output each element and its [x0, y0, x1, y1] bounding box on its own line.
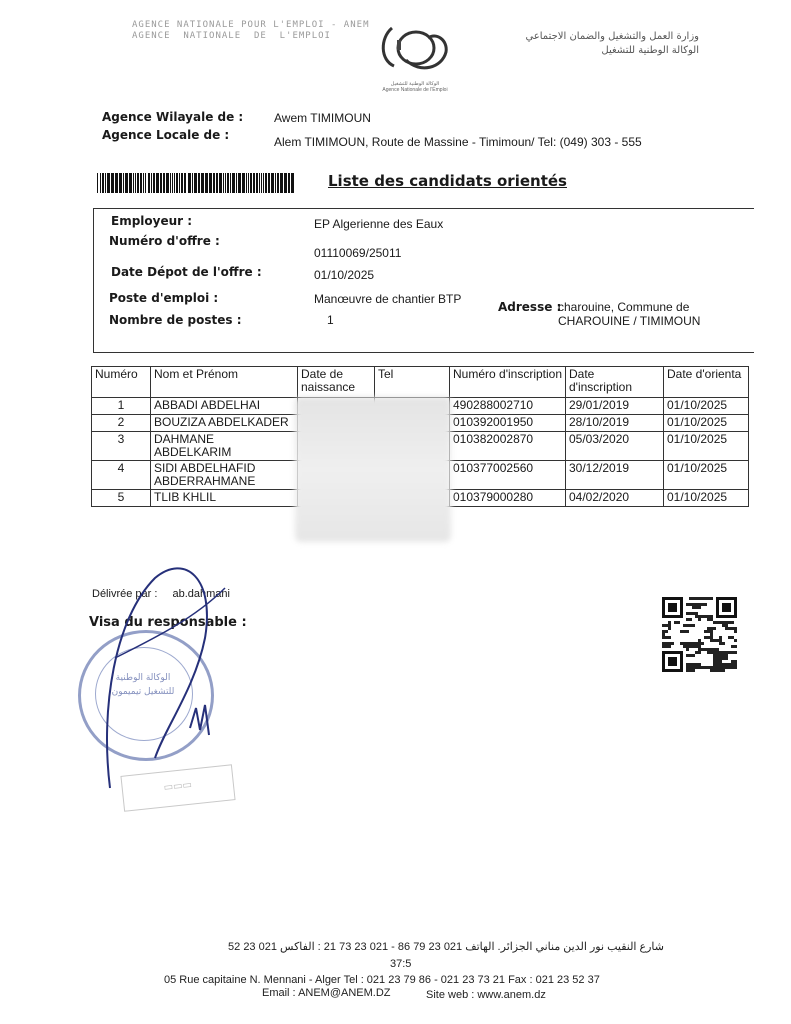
cell-name: ABBADI ABDELHAI — [151, 398, 298, 415]
cell-orientation-date: 01/10/2025 — [664, 415, 749, 432]
col-orientation-date: Date d'orienta — [664, 367, 749, 398]
cell-inscription-date: 05/03/2020 — [566, 432, 664, 461]
cell-name: DAHMANE ABDELKARIM — [151, 432, 298, 461]
anem-logo-icon — [376, 20, 454, 76]
positions-count-label: Nombre de postes : — [109, 313, 242, 327]
deposit-date-value: 01/10/2025 — [314, 268, 374, 282]
cell-inscription-date: 28/10/2019 — [566, 415, 664, 432]
wilayale-label: Agence Wilayale de : — [102, 110, 243, 124]
cell-name: SIDI ABDELHAFID ABDERRAHMANE — [151, 461, 298, 490]
document-title: Liste des candidats orientés — [328, 172, 567, 190]
footer-email: Email : ANEM@ANEM.DZ — [262, 987, 391, 999]
cell-inscription-date: 30/12/2019 — [566, 461, 664, 490]
cell-number: 4 — [92, 461, 151, 490]
header-arabic-text: وزارة العمل والتشغيل والضمان الاجتماعيال… — [525, 30, 699, 58]
position-label: Poste d'emploi : — [109, 291, 218, 305]
cell-orientation-date: 01/10/2025 — [664, 461, 749, 490]
cell-inscription-date: 04/02/2020 — [566, 490, 664, 507]
cell-number: 2 — [92, 415, 151, 432]
footer-address: 05 Rue capitaine N. Mennani - Alger Tel … — [164, 974, 600, 986]
cell-orientation-date: 01/10/2025 — [664, 490, 749, 507]
cell-number: 5 — [92, 490, 151, 507]
col-inscription-date: Date d'inscription — [566, 367, 664, 398]
col-inscription-number: Numéro d'inscription — [450, 367, 566, 398]
col-name: Nom et Prénom — [151, 367, 298, 398]
barcode — [97, 173, 294, 193]
cell-number: 3 — [92, 432, 151, 461]
logo-caption-fr: Agence Nationale de l'Emploi — [376, 87, 454, 93]
deposit-date-label: Date Dépot de l'offre : — [111, 265, 262, 279]
offer-number-label: Numéro d'offre : — [109, 234, 220, 248]
employer-value: EP Algerienne des Eaux — [314, 217, 443, 231]
cell-name: BOUZIZA ABDELKADER — [151, 415, 298, 432]
footer-website: Site web : www.anem.dz — [426, 989, 546, 1001]
table-header-row: Numéro Nom et Prénom Date de naissance T… — [92, 367, 749, 398]
cell-inscription-number: 010379000280 — [450, 490, 566, 507]
cell-inscription-date: 29/01/2019 — [566, 398, 664, 415]
locale-label: Agence Locale de : — [102, 128, 229, 142]
cell-inscription-number: 010377002560 — [450, 461, 566, 490]
redacted-area — [295, 397, 451, 542]
offer-number-value: 01110069/25011 — [314, 246, 401, 260]
cell-inscription-number: 490288002710 — [450, 398, 566, 415]
footer-arabic-line: شارع النقيب نور الدين مناني الجزائر. اله… — [164, 940, 664, 953]
address-value: charouine, Commune de CHAROUINE / TIMIMO… — [558, 300, 700, 328]
locale-value: Alem TIMIMOUN, Route de Massine - Timimo… — [274, 135, 642, 149]
address-label: Adresse : — [498, 300, 561, 314]
cell-inscription-number: 010392001950 — [450, 415, 566, 432]
cell-orientation-date: 01/10/2025 — [664, 432, 749, 461]
cell-orientation-date: 01/10/2025 — [664, 398, 749, 415]
wilayale-value: Awem TIMIMOUN — [274, 111, 371, 125]
position-value: Manœuvre de chantier BTP — [314, 292, 461, 306]
col-tel: Tel — [375, 367, 450, 398]
cell-number: 1 — [92, 398, 151, 415]
header-french-text: AGENCE NATIONALE POUR L'EMPLOI - ANEMAGE… — [132, 20, 369, 42]
cell-name: TLIB KHLIL — [151, 490, 298, 507]
qr-code — [662, 597, 737, 672]
anem-logo: الوكالة الوطنية للتشغيل Agence Nationale… — [376, 20, 454, 92]
col-birth-date: Date de naissance — [298, 367, 375, 398]
employer-label: Employeur : — [111, 214, 192, 228]
cell-inscription-number: 010382002870 — [450, 432, 566, 461]
col-number: Numéro — [92, 367, 151, 398]
positions-count-value: 1 — [327, 313, 334, 327]
footer-arabic-line-cont: 37:5 — [390, 958, 411, 970]
